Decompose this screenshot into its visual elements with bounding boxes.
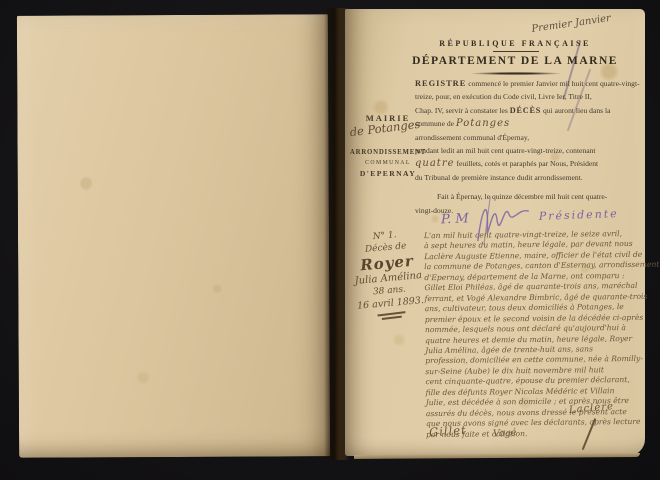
registre-lead-word: REGISTRE <box>415 79 466 88</box>
registre-line: arrondissement communal d'Épernay, <box>415 131 643 144</box>
registre-paragraph: REGISTRE commencé le premier Janvier mil… <box>415 77 643 184</box>
registre-line: REGISTRE commencé le premier Janvier mil… <box>415 77 643 90</box>
page-edge-stack <box>354 453 640 459</box>
registre-line: du Tribunal de première instance dudit a… <box>415 171 643 184</box>
registre-text: commune de <box>415 119 456 128</box>
president-signature: P. M Présidente <box>441 206 631 228</box>
margin-rule <box>382 315 402 319</box>
registre-line: quatre feuillets, cotés et paraphés par … <box>415 157 643 170</box>
registre-text: Chap. IV, servir à constater les <box>415 106 510 115</box>
republique-heading: RÉPUBLIQUE FRANÇAISE <box>405 39 625 48</box>
left-blank-page <box>17 14 330 458</box>
declarant-signature-gillet: Gillet <box>429 423 468 440</box>
right-register-page: Premier Janvier RÉPUBLIQUE FRANÇAISE DÉP… <box>345 9 645 456</box>
tapered-rule <box>472 72 560 75</box>
departement-heading: DÉPARTEMENT DE LA MARNE <box>385 55 645 67</box>
commune-name-handwritten: Potanges <box>456 118 510 129</box>
registre-line: pendant ledit an mil huit cent quatre-vi… <box>415 144 643 157</box>
declarant-signature-voge: Vogé <box>493 427 517 439</box>
registre-line: treize, pour, en exécution du Code civil… <box>415 90 643 103</box>
header-rule <box>493 51 539 52</box>
registre-text: feuillets, cotés et paraphés par Nous, P… <box>455 159 599 168</box>
registre-text: qui auront lieu dans la <box>541 106 610 115</box>
act-margin-note: N° 1. Décès de Royer Julia Amélina 38 an… <box>343 228 432 322</box>
feuillets-count-handwritten: quatre <box>415 158 455 169</box>
president-title: Présidente <box>539 207 619 223</box>
registre-line: Chap. IV, servir à constater les DÉCÈS q… <box>415 104 643 117</box>
deces-word: DÉCÈS <box>510 106 541 115</box>
handwritten-top-annotation: Premier Janvier <box>531 6 660 35</box>
registre-line: commune de Potanges <box>415 117 643 130</box>
registre-text: commencé le premier Janvier mil huit cen… <box>466 79 639 88</box>
